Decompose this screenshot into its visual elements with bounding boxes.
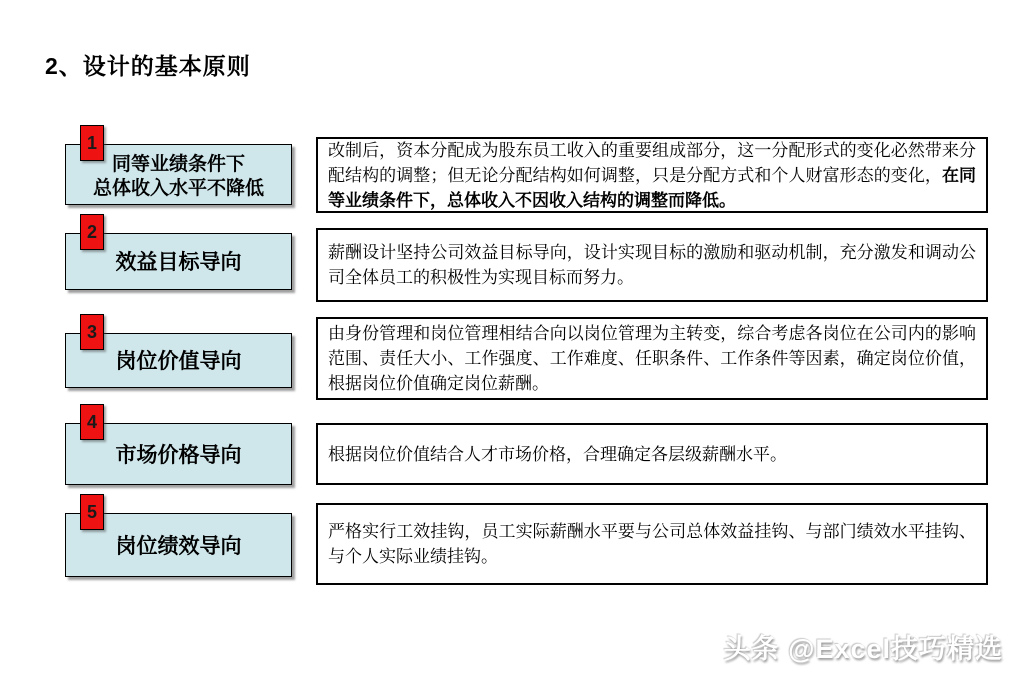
principle-number-badge-5: 5: [80, 494, 104, 530]
principle-number: 4: [87, 412, 97, 433]
principle-desc: 由身份管理和岗位管理相结合向以岗位管理为主转变，综合考虑各岗位在公司内的影响范围…: [318, 316, 986, 401]
principle-number: 5: [87, 502, 97, 523]
principle-desc-box-3: 由身份管理和岗位管理相结合向以岗位管理为主转变，综合考虑各岗位在公司内的影响范围…: [316, 317, 988, 400]
principle-desc: 严格实行工效挂钩，员工实际薪酬水平要与公司总体效益挂钩、与部门绩效水平挂钩、与个…: [318, 514, 986, 574]
principle-desc-text: 严格实行工效挂钩，员工实际薪酬水平要与公司总体效益挂钩、与部门绩效水平挂钩、与个…: [328, 522, 976, 566]
principle-number-badge-4: 4: [80, 404, 104, 440]
principle-number: 1: [87, 133, 97, 154]
principle-number: 2: [87, 222, 97, 243]
principle-desc-text: 由身份管理和岗位管理相结合向以岗位管理为主转变，综合考虑各岗位在公司内的影响范围…: [328, 324, 976, 393]
principle-box-5: 5 岗位绩效导向: [65, 513, 292, 577]
principle-number-badge-1: 1: [80, 125, 104, 161]
principle-label: 市场价格导向: [116, 439, 242, 469]
principle-box-4: 4 市场价格导向: [65, 423, 292, 485]
principle-desc-box-5: 严格实行工效挂钩，员工实际薪酬水平要与公司总体效益挂钩、与部门绩效水平挂钩、与个…: [316, 503, 988, 585]
principle-box-2: 2 效益目标导向: [65, 233, 292, 290]
principle-number-badge-3: 3: [80, 314, 104, 350]
principle-desc-text: 改制后，资本分配成为股东员工收入的重要组成部分，这一分配形式的变化必然带来分配结…: [328, 141, 976, 185]
principle-desc: 改制后，资本分配成为股东员工收入的重要组成部分，这一分配形式的变化必然带来分配结…: [318, 133, 986, 218]
watermark: 头条 @Excel技巧精选: [724, 627, 1003, 666]
principle-label: 岗位价值导向: [116, 345, 242, 375]
principle-desc-text: 根据岗位价值结合人才市场价格，合理确定各层级薪酬水平。: [328, 445, 787, 464]
principle-desc: 薪酬设计坚持公司效益目标导向，设计实现目标的激励和驱动机制，充分激发和调动公司全…: [318, 235, 986, 295]
principle-number: 3: [87, 322, 97, 343]
page-title: 2、设计的基本原则: [45, 48, 251, 81]
principle-number-badge-2: 2: [80, 214, 104, 250]
principle-desc-text: 薪酬设计坚持公司效益目标导向，设计实现目标的激励和驱动机制，充分激发和调动公司全…: [328, 243, 976, 287]
principle-desc-box-1: 改制后，资本分配成为股东员工收入的重要组成部分，这一分配形式的变化必然带来分配结…: [316, 137, 988, 213]
principle-desc-box-4: 根据岗位价值结合人才市场价格，合理确定各层级薪酬水平。: [316, 423, 988, 485]
principle-box-1: 1 同等业绩条件下 总体收入水平不降低: [65, 144, 292, 205]
principle-desc-box-2: 薪酬设计坚持公司效益目标导向，设计实现目标的激励和驱动机制，充分激发和调动公司全…: [316, 228, 988, 302]
principle-box-3: 3 岗位价值导向: [65, 333, 292, 388]
principle-label: 同等业绩条件下 总体收入水平不降低: [93, 149, 264, 201]
slide: 2、设计的基本原则 1 同等业绩条件下 总体收入水平不降低 改制后，资本分配成为…: [0, 0, 1021, 680]
principle-label: 岗位绩效导向: [116, 530, 242, 560]
principle-desc: 根据岗位价值结合人才市场价格，合理确定各层级薪酬水平。: [318, 437, 797, 472]
principle-label: 效益目标导向: [116, 246, 242, 276]
